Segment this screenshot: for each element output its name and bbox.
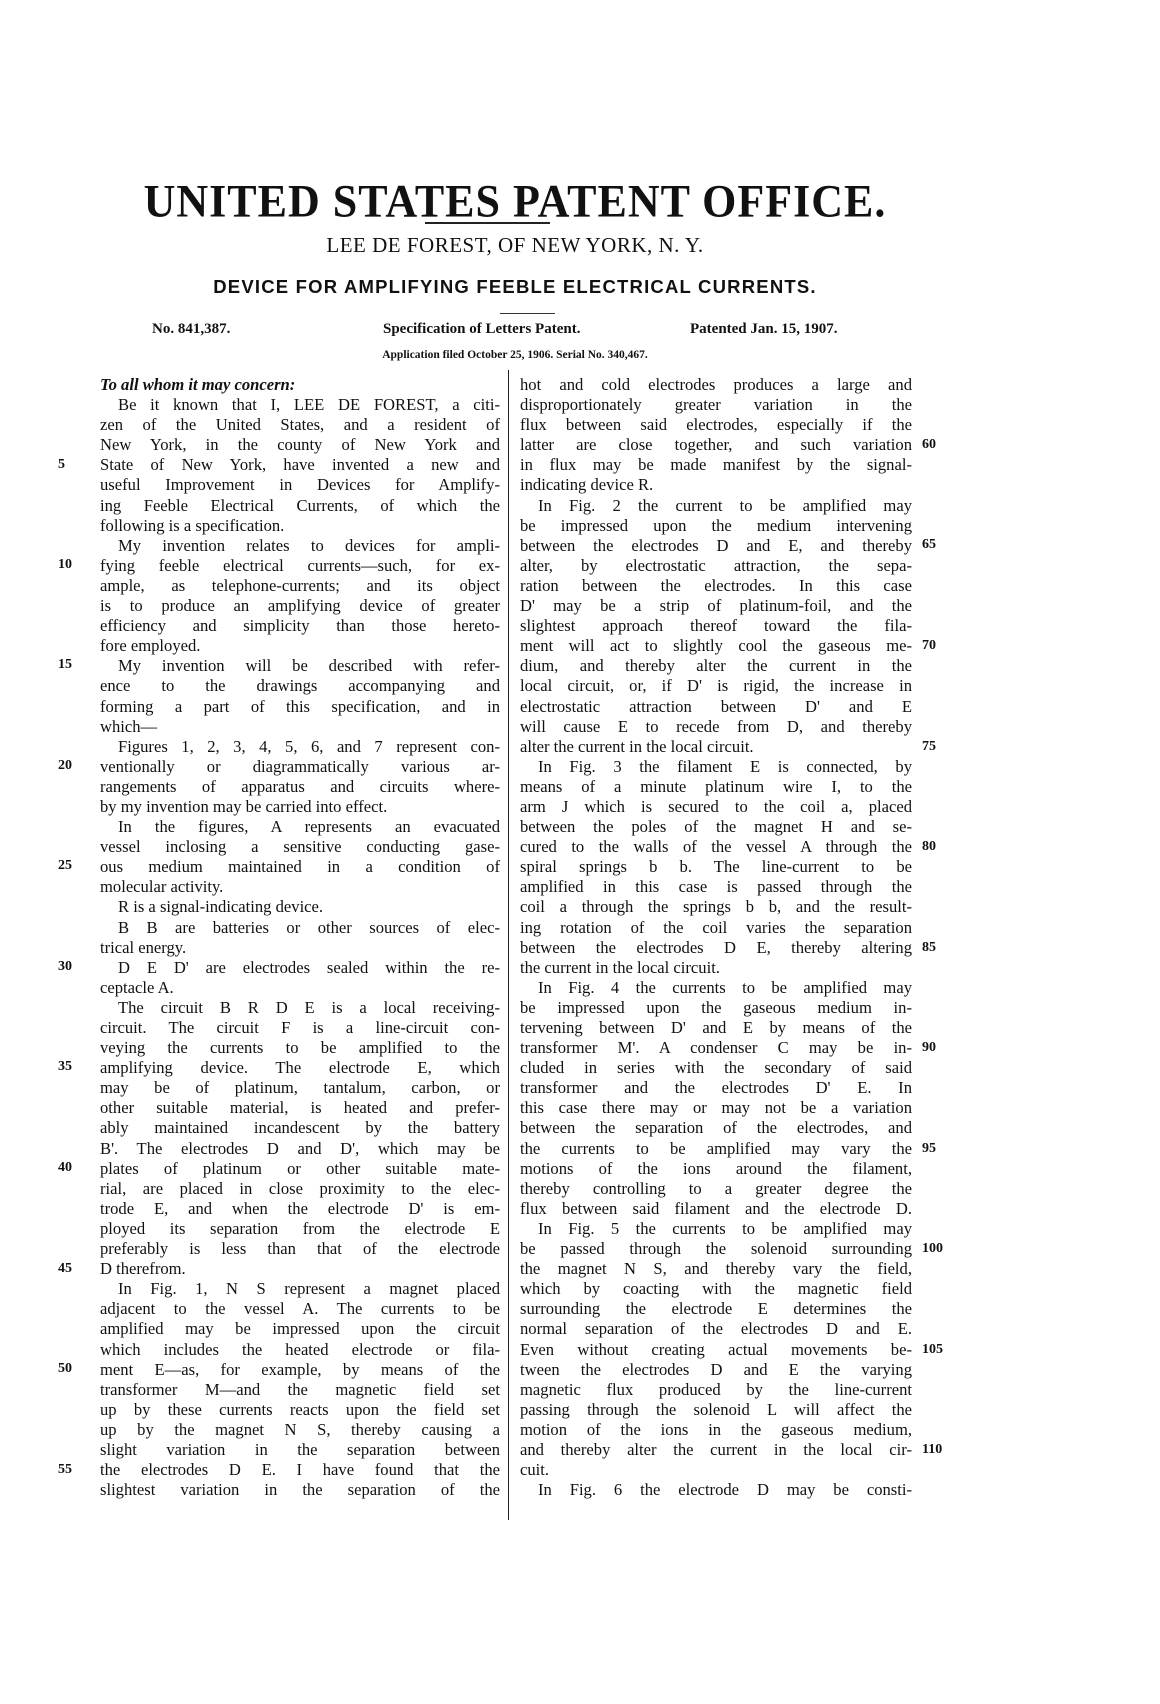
- text-line: ing Feeble Electrical Currents, of which…: [100, 496, 500, 516]
- inventor-line: LEE DE FOREST, OF NEW YORK, N. Y.: [0, 233, 1030, 258]
- subject-rule: [500, 313, 555, 314]
- text-line: My invention relates to devices for ampl…: [100, 536, 500, 556]
- patent-page: UNITED STATES PATENT OFFICE. LEE DE FORE…: [0, 0, 1160, 1704]
- text-line: useful Improvement in Devices for Amplif…: [100, 475, 500, 495]
- text-line: zen of the United States, and a resident…: [100, 415, 500, 435]
- line-number: 10: [58, 557, 72, 573]
- text-line: B B are batteries or other sources of el…: [100, 918, 500, 938]
- text-line: up by these currents reacts upon the fie…: [100, 1400, 500, 1420]
- text-line: Be it known that I, LEE DE FOREST, a cit…: [100, 395, 500, 415]
- text-line: coil a through the springs b b, and the …: [520, 897, 912, 917]
- text-line: In Fig. 6 the electrode D may be consti-: [520, 1480, 912, 1500]
- text-line: tween the electrodes D and E the varying: [520, 1360, 912, 1380]
- line-number: 75: [922, 739, 936, 755]
- text-line: alter, by electrostatic attraction, the …: [520, 556, 912, 576]
- text-line: and thereby alter the current in the loc…: [520, 1440, 912, 1460]
- text-line: between the poles of the magnet H and se…: [520, 817, 912, 837]
- line-number: 65: [922, 537, 936, 553]
- text-line: D E D' are electrodes sealed within the …: [100, 958, 500, 978]
- text-line: amplified may be impressed upon the circ…: [100, 1319, 500, 1339]
- office-title: UNITED STATES PATENT OFFICE.: [0, 175, 1030, 229]
- text-line: trical energy.: [100, 938, 500, 958]
- text-line: transformer M'. A condenser C may be in-: [520, 1038, 912, 1058]
- text-line: ventionally or diagrammatically various …: [100, 757, 500, 777]
- line-number: 80: [922, 839, 936, 855]
- text-line: B'. The electrodes D and D', which may b…: [100, 1139, 500, 1159]
- line-number: 90: [922, 1040, 936, 1056]
- text-line: other suitable material, is heated and p…: [100, 1098, 500, 1118]
- line-number: 45: [58, 1261, 72, 1277]
- text-line: preferably is less than that of the elec…: [100, 1239, 500, 1259]
- text-line: ment will act to slightly cool the gaseo…: [520, 636, 912, 656]
- text-line: magnetic flux produced by the line-curre…: [520, 1380, 912, 1400]
- text-line: plates of platinum or other suitable mat…: [100, 1159, 500, 1179]
- text-line: D therefrom.: [100, 1259, 500, 1279]
- patented-date: Patented Jan. 15, 1907.: [690, 321, 838, 338]
- text-line: In Fig. 2 the current to be amplified ma…: [520, 496, 912, 516]
- line-number: 15: [58, 657, 72, 673]
- text-line: hot and cold electrodes produces a large…: [520, 375, 912, 395]
- line-number: 105: [922, 1342, 943, 1358]
- text-line: slightest variation in the separation of…: [100, 1480, 500, 1500]
- text-line: be impressed upon the gaseous medium in-: [520, 998, 912, 1018]
- text-line: ably maintained incandescent by the batt…: [100, 1118, 500, 1138]
- text-line: electrostatic attraction between D' and …: [520, 697, 912, 717]
- text-line: In Fig. 1, N S represent a magnet placed: [100, 1279, 500, 1299]
- text-line: ment E—as, for example, by means of the: [100, 1360, 500, 1380]
- text-line: amplified in this case is passed through…: [520, 877, 912, 897]
- spec-label: Specification of Letters Patent.: [383, 321, 580, 338]
- text-line: molecular activity.: [100, 877, 500, 897]
- text-line: means of a minute platinum wire I, to th…: [520, 777, 912, 797]
- line-number: 60: [922, 437, 936, 453]
- text-line: indicating device R.: [520, 475, 912, 495]
- line-number: 85: [922, 940, 936, 956]
- text-line: amplifying device. The electrode E, whic…: [100, 1058, 500, 1078]
- text-line: which includes the heated electrode or f…: [100, 1340, 500, 1360]
- text-line: be impressed upon the medium intervening: [520, 516, 912, 536]
- text-line: the magnet N S, and thereby vary the fie…: [520, 1259, 912, 1279]
- text-line: ous medium maintained in a condition of: [100, 857, 500, 877]
- line-number: 95: [922, 1141, 936, 1157]
- text-line: The circuit B R D E is a local receiving…: [100, 998, 500, 1018]
- text-line: may be of platinum, tantalum, carbon, or: [100, 1078, 500, 1098]
- text-line: New York, in the county of New York and: [100, 435, 500, 455]
- text-line: following is a specification.: [100, 516, 500, 536]
- text-line: My invention will be described with refe…: [100, 656, 500, 676]
- text-line: will cause E to recede from D, and there…: [520, 717, 912, 737]
- text-line: In Fig. 3 the filament E is connected, b…: [520, 757, 912, 777]
- line-number: 50: [58, 1361, 72, 1377]
- salutation: To all whom it may concern:: [100, 375, 500, 395]
- line-number: 30: [58, 959, 72, 975]
- text-line: trode E, and when the electrode D' is em…: [100, 1199, 500, 1219]
- invention-title: DEVICE FOR AMPLIFYING FEEBLE ELECTRICAL …: [0, 276, 1030, 298]
- patent-number: No. 841,387.: [152, 321, 230, 338]
- text-line: ployed its separation from the electrode…: [100, 1219, 500, 1239]
- text-line: ing rotation of the coil varies the sepa…: [520, 918, 912, 938]
- text-line: between the electrodes D and E, and ther…: [520, 536, 912, 556]
- text-line: fore employed.: [100, 636, 500, 656]
- text-line: cluded in series with the secondary of s…: [520, 1058, 912, 1078]
- text-line: transformer and the electrodes D' E. In: [520, 1078, 912, 1098]
- text-line: be passed through the solenoid surroundi…: [520, 1239, 912, 1259]
- text-line: D' may be a strip of platinum-foil, and …: [520, 596, 912, 616]
- text-line: ence to the drawings accompanying and: [100, 676, 500, 696]
- text-line: arm J which is secured to the coil a, pl…: [520, 797, 912, 817]
- text-line: vessel inclosing a sensitive conducting …: [100, 837, 500, 857]
- text-line: motion of the ions in the gaseous medium…: [520, 1420, 912, 1440]
- text-line: ample, as telephone-currents; and its ob…: [100, 576, 500, 596]
- text-line: the current in the local circuit.: [520, 958, 912, 978]
- text-line: which—: [100, 717, 500, 737]
- text-line: the currents to be amplified may vary th…: [520, 1139, 912, 1159]
- text-line: cured to the walls of the vessel A throu…: [520, 837, 912, 857]
- text-line: normal separation of the electrodes D an…: [520, 1319, 912, 1339]
- text-line: rial, are placed in close proximity to t…: [100, 1179, 500, 1199]
- text-line: slightest approach thereof toward the fi…: [520, 616, 912, 636]
- text-line: spiral springs b b. The line-current to …: [520, 857, 912, 877]
- left-column: To all whom it may concern: Be it known …: [100, 375, 500, 1500]
- line-number: 35: [58, 1059, 72, 1075]
- text-line: flux between said filament and the elect…: [520, 1199, 912, 1219]
- text-line: slight variation in the separation betwe…: [100, 1440, 500, 1460]
- text-line: flux between said electrodes, especially…: [520, 415, 912, 435]
- text-line: the electrodes D E. I have found that th…: [100, 1460, 500, 1480]
- text-line: veying the currents to be amplified to t…: [100, 1038, 500, 1058]
- text-line: ration between the electrodes. In this c…: [520, 576, 912, 596]
- text-line: Even without creating actual movements b…: [520, 1340, 912, 1360]
- text-line: local circuit, or, if D' is rigid, the i…: [520, 676, 912, 696]
- line-number: 5: [58, 457, 65, 473]
- text-line: In Fig. 4 the currents to be amplified m…: [520, 978, 912, 998]
- text-line: transformer M—and the magnetic field set: [100, 1380, 500, 1400]
- text-line: surrounding the electrode E determines t…: [520, 1299, 912, 1319]
- text-line: In Fig. 5 the currents to be amplified m…: [520, 1219, 912, 1239]
- title-rule: [425, 222, 550, 224]
- text-line: forming a part of this specification, an…: [100, 697, 500, 717]
- text-line: rangements of apparatus and circuits whe…: [100, 777, 500, 797]
- text-line: State of New York, have invented a new a…: [100, 455, 500, 475]
- text-line: this case there may or may not be a vari…: [520, 1098, 912, 1118]
- line-number: 40: [58, 1160, 72, 1176]
- line-number: 100: [922, 1241, 943, 1257]
- line-number: 55: [58, 1462, 72, 1478]
- line-number: 25: [58, 858, 72, 874]
- text-line: In the figures, A represents an evacuate…: [100, 817, 500, 837]
- text-line: alter the current in the local circuit.: [520, 737, 912, 757]
- text-line: tervening between D' and E by means of t…: [520, 1018, 912, 1038]
- text-line: between the electrodes D E, thereby alte…: [520, 938, 912, 958]
- text-line: disproportionately greater variation in …: [520, 395, 912, 415]
- text-line: between the separation of the electrodes…: [520, 1118, 912, 1138]
- text-line: circuit. The circuit F is a line-circuit…: [100, 1018, 500, 1038]
- line-number: 20: [58, 758, 72, 774]
- text-line: by my invention may be carried into effe…: [100, 797, 500, 817]
- text-line: motions of the ions around the filament,: [520, 1159, 912, 1179]
- right-column: hot and cold electrodes produces a large…: [520, 375, 912, 1500]
- text-line: passing through the solenoid L will affe…: [520, 1400, 912, 1420]
- text-line: which by coacting with the magnetic fiel…: [520, 1279, 912, 1299]
- text-line: Figures 1, 2, 3, 4, 5, 6, and 7 represen…: [100, 737, 500, 757]
- text-line: is to produce an amplifying device of gr…: [100, 596, 500, 616]
- text-line: thereby controlling to a greater degree …: [520, 1179, 912, 1199]
- text-line: cuit.: [520, 1460, 912, 1480]
- text-line: in flux may be made manifest by the sign…: [520, 455, 912, 475]
- text-line: R is a signal-indicating device.: [100, 897, 500, 917]
- column-divider: [508, 370, 509, 1520]
- application-line: Application filed October 25, 1906. Seri…: [0, 349, 1030, 361]
- text-line: adjacent to the vessel A. The currents t…: [100, 1299, 500, 1319]
- text-line: fying feeble electrical currents—such, f…: [100, 556, 500, 576]
- line-number: 110: [922, 1442, 942, 1458]
- text-line: dium, and thereby alter the current in t…: [520, 656, 912, 676]
- text-line: ceptacle A.: [100, 978, 500, 998]
- text-line: up by the magnet N S, thereby causing a: [100, 1420, 500, 1440]
- text-line: efficiency and simplicity than those her…: [100, 616, 500, 636]
- line-number: 70: [922, 638, 936, 654]
- text-line: latter are close together, and such vari…: [520, 435, 912, 455]
